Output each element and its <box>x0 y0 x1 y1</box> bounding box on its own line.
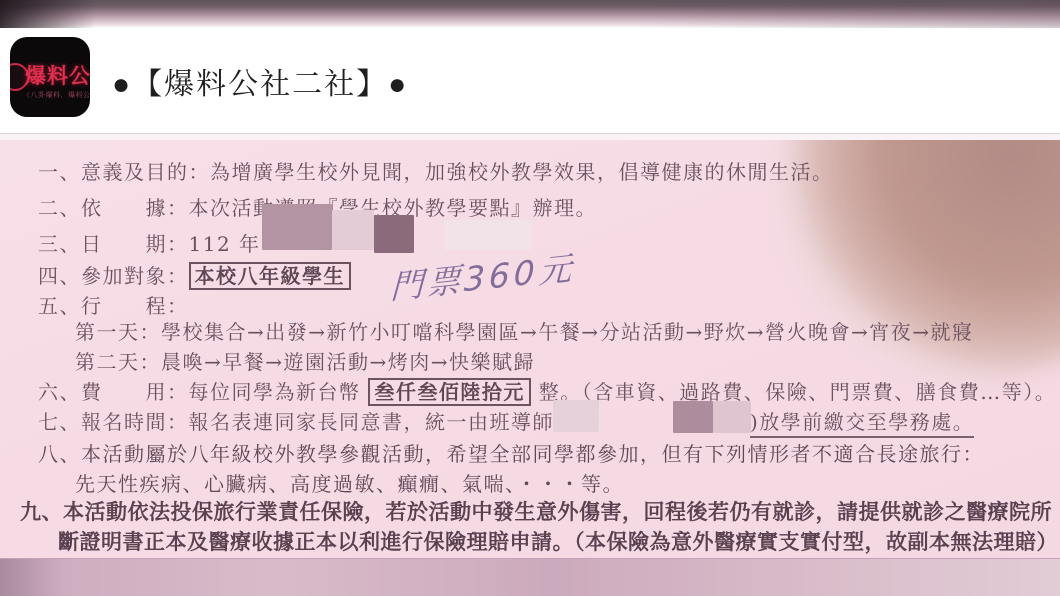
document-photo[interactable]: 一、意義及目的：為增廣學生校外見聞，加強校外教學效果，倡導健康的休閒生活。 二、… <box>0 140 1060 596</box>
doc-line-participants-boxed: 本校八年級學生 <box>189 262 352 290</box>
redaction-block <box>673 401 713 433</box>
photo-bottom-band <box>0 558 1060 596</box>
doc-line-health-list: 先天性疾病、心臟病、高度過敏、癲癇、氣喘、・・・等。 <box>75 468 624 497</box>
page-title[interactable]: ●【爆料公社二社】● <box>112 28 408 133</box>
doc-line-purpose: 一、意義及目的：為增廣學生校外見聞，加強校外教學效果，倡導健康的休閒生活。 <box>38 156 834 185</box>
doc-line-fee-post: 整。（含車資、過路費、保險、門票費、膳食費…等）。 <box>531 380 1056 404</box>
doc-line-participants-pre: 四、參加對象： <box>38 264 189 288</box>
post-header: 爆料公 （八卦爆料．爆料公社） ●【爆料公社二社】● <box>0 28 1060 134</box>
doc-line-fee: 六、費 用：每位同學為新台幣 叁仟叁佰陸拾元 整。（含車資、過路費、保險、門票費… <box>38 376 1056 405</box>
doc-line-day1: 第一天：學校集合→出發→新竹小叮噹科學園區→午餐→分站活動→野炊→營火晚會→宵夜… <box>75 316 974 345</box>
avatar-brand-subtext: （八卦爆料．爆料公社） <box>23 90 90 100</box>
redaction-block <box>332 210 374 250</box>
doc-line-fee-boxed: 叁仟叁佰陸拾元 <box>368 378 531 406</box>
doc-line-basis-post: 』辦理。 <box>511 196 597 220</box>
doc-line-day2: 第二天：晨喚→早餐→遊園活動→烤肉→快樂賦歸 <box>75 346 535 375</box>
redaction-block <box>444 220 532 250</box>
doc-line-registration-pre: 七、報名時間：報名表連同家長同意書，統一由班導師於 <box>38 410 576 434</box>
doc-line-fee-pre: 六、費 用：每位同學為新台幣 <box>38 380 368 404</box>
doc-line-date: 三、日 期：112 年 <box>38 228 261 257</box>
group-avatar-icon[interactable]: 爆料公 （八卦爆料．爆料公社） <box>10 37 90 117</box>
doc-line-registration-underlined: )放學前繳交至學務處。 <box>750 406 974 438</box>
doc-line-basis-underlined: 要點 <box>468 196 511 223</box>
redaction-block <box>374 215 414 253</box>
doc-line-participants: 四、參加對象：本校八年級學生 <box>38 260 351 289</box>
redaction-block <box>553 400 599 432</box>
doc-line-health-notice: 八、本活動屬於八年級校外教學參觀活動，希望全部同學都參加，但有下列情形者不適合長… <box>38 438 984 467</box>
redaction-block <box>713 401 751 433</box>
doc-line-itinerary: 五、行 程： <box>38 290 189 319</box>
doc-line-insurance: 九、本活動依法投保旅行業責任保險，若於活動中發生意外傷害，回程後若仍有就診，請提… <box>20 496 1052 526</box>
doc-line-insurance-cont: 斷證明書正本及醫療收據正本以利進行保險理賠申請。（本保險為意外醫療實支實付型，故… <box>58 526 1058 556</box>
doc-line-registration: 七、報名時間：報名表連同家長同意書，統一由班導師於)放學前繳交至學務處。 <box>38 406 576 435</box>
avatar-brand-text: 爆料公 <box>25 60 90 90</box>
redaction-block <box>262 204 332 250</box>
video-top-edge <box>0 0 1060 28</box>
handwritten-note: 門票360元 <box>390 242 577 309</box>
